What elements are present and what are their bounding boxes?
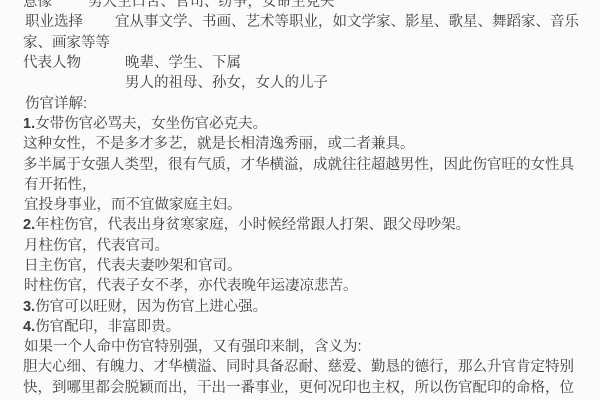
- attr-row-imagery: 意像 男人主口舌、官司、纷争，女命主克夫: [0, 0, 600, 12]
- detail-item-2-note-1: 月柱伤官，代表官司。: [0, 236, 600, 256]
- detail-item-1-note-1: 这种女性，不是多才多艺，就是长相清逸秀丽，或二者兼具。: [0, 134, 600, 154]
- detail-item-2: 2.年柱伤官，代表出身贫寒家庭，小时候经常跟人打架、跟父母吵架。: [0, 215, 600, 235]
- attr-value-figures-2: 男人的祖母、孙女，女人的儿子: [0, 73, 600, 93]
- item-3-text: 伤官可以旺财，因为伤官上进心强。: [35, 299, 267, 315]
- item-4-text: 伤官配印，非富即贵。: [35, 319, 180, 335]
- detail-item-1-note-3: 有开拓性，: [0, 175, 600, 195]
- attr-value-career-wrap: 家、画家等等: [0, 33, 600, 53]
- detail-item-3: 3.伤官可以旺财，因为伤官上进心强。: [0, 297, 600, 317]
- attr-label-career: 职业选择: [25, 12, 83, 32]
- detail-item-4-note-2: 胆大心细、有魄力、才华横溢、同时具备忍耐、慈爱、勤恳的德行，那么升官肯定特别: [0, 357, 600, 377]
- item-1-number: 1.: [23, 116, 35, 132]
- attr-value-career: 宜从事文学、书画、艺术等职业，如文学家、影星、歌星、舞蹈家、音乐: [115, 12, 579, 32]
- detail-item-4: 4.伤官配印，非富即贵。: [0, 317, 600, 337]
- attr-label-imagery: 意像: [23, 0, 52, 12]
- detail-item-1-note-2: 多半属于女强人类型，很有气质，才华横溢，成就往往超越男性，因此伤官旺的女性具: [0, 155, 600, 175]
- item-2-number: 2.: [23, 217, 35, 233]
- detail-heading: 伤官详解:: [0, 94, 600, 114]
- attr-row-career: 职业选择 宜从事文学、书画、艺术等职业，如文学家、影星、歌星、舞蹈家、音乐: [0, 12, 600, 32]
- attr-label-figures: 代表人物: [23, 53, 81, 73]
- detail-item-1: 1.女带伤官必骂夫，女坐伤官必克夫。: [0, 114, 600, 134]
- detail-item-2-note-3: 时柱伤官，代表子女不孝，亦代表晚年运凄凉悲苦。: [0, 276, 600, 296]
- item-3-number: 3.: [23, 299, 35, 315]
- attr-row-figures: 代表人物 晚辈、学生、下属: [0, 53, 600, 73]
- item-4-number: 4.: [23, 319, 35, 335]
- detail-item-4-note-1: 如果一个人命中伤官特别强，又有强印来制，含义为:: [0, 337, 600, 357]
- attr-value-figures: 晚辈、学生、下属: [125, 53, 241, 73]
- attr-value-imagery: 男人主口舌、官司、纷争，女命主克夫: [88, 0, 335, 12]
- item-2-text: 年柱伤官，代表出身贫寒家庭，小时候经常跟人打架、跟父母吵架。: [35, 217, 470, 233]
- detail-item-2-note-2: 日主伤官，代表夫妻吵架和官司。: [0, 256, 600, 276]
- document-body: 意像 男人主口舌、官司、纷争，女命主克夫 职业选择 宜从事文学、书画、艺术等职业…: [0, 0, 600, 400]
- item-1-text: 女带伤官必骂夫，女坐伤官必克夫。: [35, 116, 267, 132]
- detail-item-4-note-3: 快，到哪里都会脱颖而出，干出一番事业，更何况印也主权，所以伤官配印的命格，位: [0, 378, 600, 398]
- detail-item-1-note-4: 宜投身事业，而不宜做家庭主妇。: [0, 195, 600, 215]
